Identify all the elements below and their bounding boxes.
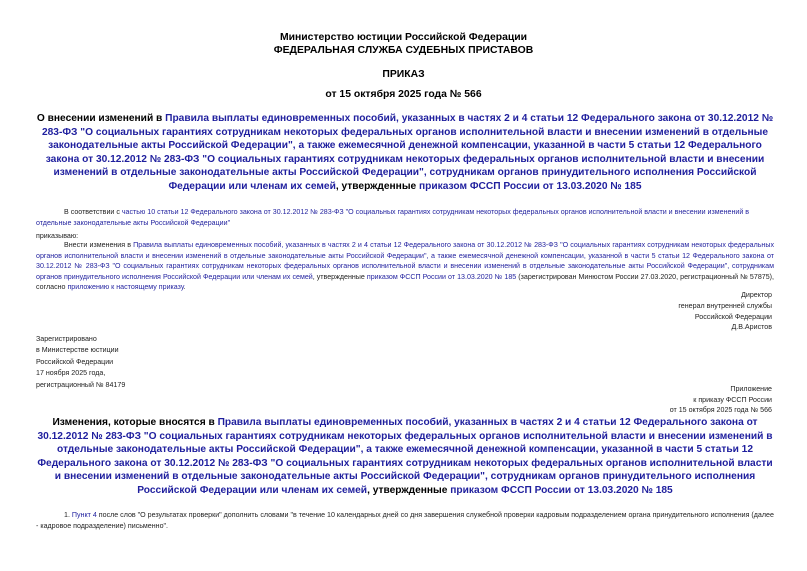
main-end: . [184, 283, 186, 291]
service-name: ФЕДЕРАЛЬНАЯ СЛУЖБА СУДЕБНЫХ ПРИСТАВОВ [0, 45, 807, 57]
order-185-link[interactable]: приказом ФССП России от 13.03.2020 № 185 [450, 485, 672, 496]
signature-block: Директор генерал внутренней службы Росси… [678, 290, 772, 333]
basis-prefix: В соответствии с [64, 208, 122, 216]
document-date: от 15 октября 2025 года № 566 [0, 89, 807, 101]
main-middle: , утвержденные [313, 273, 367, 281]
signature-country: Российской Федерации [678, 312, 772, 323]
main-paragraph: Внести изменения в Правила выплаты едино… [36, 240, 774, 293]
appendix-label: Приложение [670, 384, 772, 395]
registration-line: Российской Федерации [36, 357, 125, 368]
title-middle: , утвержденные [336, 181, 419, 192]
appendix-link[interactable]: приложению к настоящему приказу [67, 283, 183, 291]
ministry-name: Министерство юстиции Российской Федераци… [0, 32, 807, 44]
order-185-link[interactable]: приказом ФССП России от 13.03.2020 № 185 [419, 181, 641, 192]
registration-date: 17 ноября 2025 года, [36, 368, 125, 379]
change-item: 1. Пункт 4 после слов "О результатах про… [36, 510, 774, 531]
registration-block: Зарегистрировано в Министерстве юстиции … [36, 334, 125, 391]
registration-line: Зарегистрировано [36, 334, 125, 345]
main-prefix: Внести изменения в [64, 241, 133, 249]
law-part-10-link[interactable]: частью 10 статьи 12 Федерального закона … [36, 208, 749, 227]
order-185-link[interactable]: приказом ФССП России от 13.03.2020 № 185 [367, 273, 516, 281]
basis-paragraph: В соответствии с частью 10 статьи 12 Фед… [36, 207, 774, 228]
appendix-title-prefix: Изменения, которые вносятся в [52, 417, 217, 428]
signature-rank: генерал внутренней службы [678, 301, 772, 312]
signature-name: Д.В.Аристов [678, 322, 772, 333]
appendix-title-middle: , утвержденные [367, 485, 450, 496]
item-text: после слов "О результатах проверки" допо… [36, 511, 774, 530]
document-type: ПРИКАЗ [0, 69, 807, 81]
registration-line: в Министерстве юстиции [36, 345, 125, 356]
appendix-ref: к приказу ФССП России [670, 395, 772, 406]
document-title: О внесении изменений в Правила выплаты е… [36, 112, 774, 194]
appendix-title: Изменения, которые вносятся в Правила вы… [36, 416, 774, 498]
title-prefix: О внесении изменений в [37, 113, 165, 124]
signature-position: Директор [678, 290, 772, 301]
appendix-note: Приложение к приказу ФССП России от 15 о… [670, 384, 772, 416]
item-number: 1. [64, 511, 72, 519]
appendix-date: от 15 октября 2025 года № 566 [670, 405, 772, 416]
registration-number: регистрационный № 84179 [36, 380, 125, 391]
item-4-link[interactable]: Пункт 4 [72, 511, 97, 519]
